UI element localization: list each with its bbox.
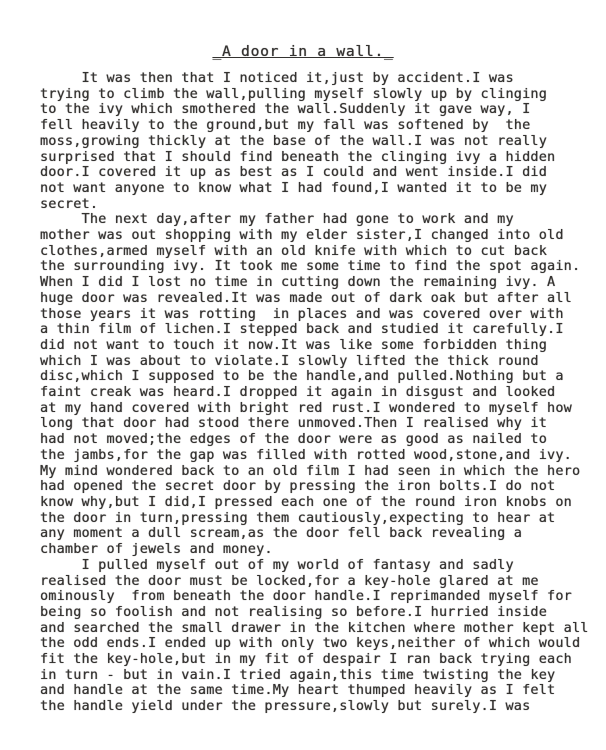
typewritten-page: _A door in a wall._ It was then that I n… (0, 0, 606, 750)
document-body: It was then that I noticed it,just by ac… (40, 71, 586, 715)
paragraph-3: I pulled myself out of my world of fanta… (40, 558, 586, 715)
paragraph-1: It was then that I noticed it,just by ac… (40, 71, 586, 212)
paragraph-2: The next day,after my father had gone to… (40, 212, 586, 557)
document-title: _A door in a wall._ (0, 44, 606, 60)
